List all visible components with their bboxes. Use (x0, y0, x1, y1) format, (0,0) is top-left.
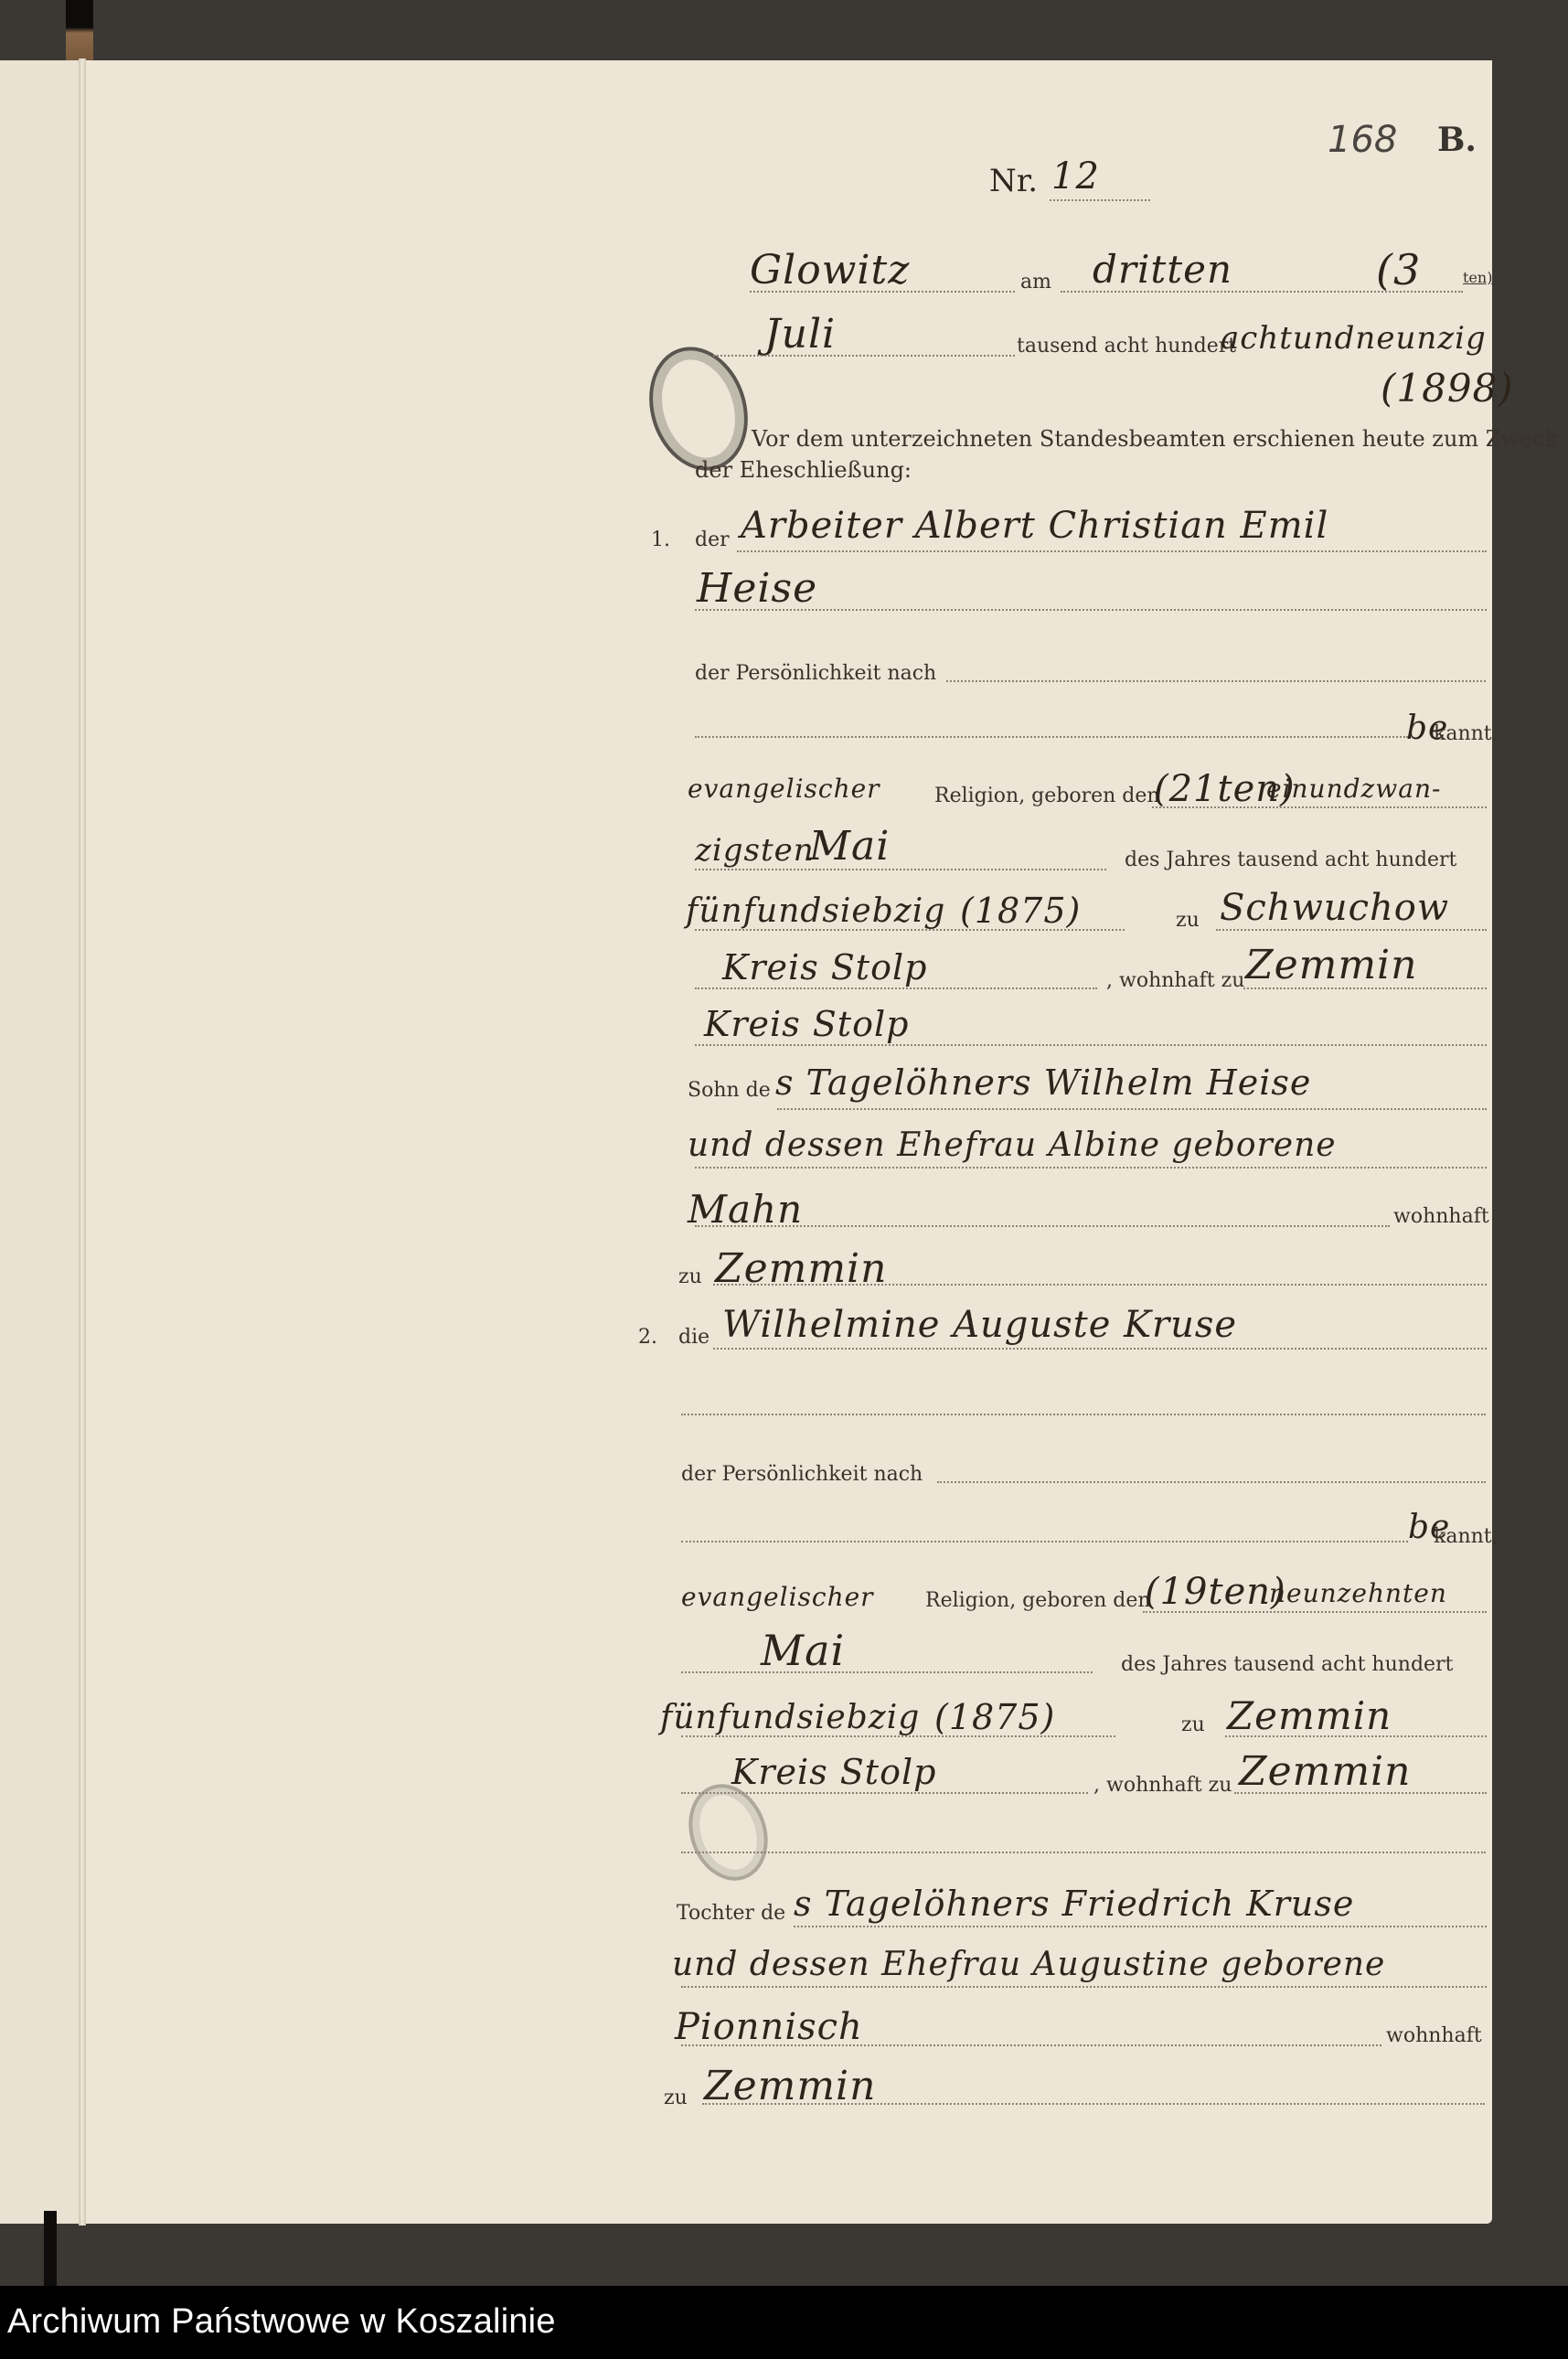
party2-residence-line-2 (681, 1852, 1486, 1853)
party2-birth-year-line (681, 1735, 1115, 1737)
party1-surname-line (695, 609, 1487, 611)
party2-index: 2. (638, 1326, 657, 1349)
party2-residence-label: , wohnhaft zu (1093, 1774, 1232, 1797)
party1-birth-year-word: fünfundsiebzig (686, 892, 945, 930)
place-name: Glowitz (750, 247, 910, 294)
party2-article: die (678, 1326, 709, 1349)
party1-birth-year-number: (1875) (960, 891, 1081, 931)
day-word: dritten (1093, 247, 1232, 292)
archive-caption: Archiwum Państwowe w Koszalinie (7, 2302, 556, 2342)
party2-mother-maiden: Pionnisch (675, 2006, 863, 2048)
party2-birth-district: Kreis Stolp (731, 1752, 936, 1792)
party2-religion: evangelischer (681, 1582, 874, 1612)
party2-birth-day-word: neunzehnten (1269, 1578, 1447, 1608)
party2-zu-label: zu (1181, 1713, 1205, 1736)
party1-birth-district: Kreis Stolp (722, 947, 927, 987)
party2-parents-residence-line (702, 2103, 1485, 2105)
party1-mother-line-dots (695, 1167, 1487, 1169)
party2-residence-line (1234, 1792, 1487, 1794)
party2-parent-label: Tochter de (677, 1902, 785, 1925)
folio-number: 168 (1328, 119, 1397, 161)
party1-residence-district-line (695, 1044, 1487, 1046)
party2-identity-line (937, 1481, 1486, 1483)
party2-name-line (713, 1348, 1487, 1350)
month: Juli (764, 311, 836, 358)
party1-article: der (695, 528, 730, 551)
party1-occupation-name: Arbeiter Albert Christian Emil (741, 505, 1328, 547)
party1-birth-district-line (695, 987, 1097, 989)
party2-residence: Zemmin (1239, 1748, 1411, 1795)
party1-birth-day-word-a: einundzwan- (1266, 774, 1441, 804)
party2-year-label: des Jahres tausend acht hundert (1121, 1653, 1453, 1676)
party2-name: Wilhelmine Auguste Kruse (722, 1304, 1237, 1346)
party1-religion: evangelischer (688, 774, 880, 804)
party2-birth-month: Mai (761, 1626, 845, 1675)
record-label: Nr. (989, 163, 1038, 199)
party1-zu-label: zu (1176, 909, 1200, 932)
party1-birth-place: Schwuchow (1220, 887, 1449, 929)
party2-name-line-2 (681, 1414, 1486, 1415)
year-number: (1898) (1381, 366, 1514, 411)
party2-mother-maiden-line (681, 2044, 1381, 2046)
archive-caption-bar: Archiwum Państwowe w Koszalinie (0, 2286, 1568, 2359)
party1-father: s Tagelöhners Wilhelm Heise (775, 1062, 1311, 1103)
party2-birth-district-line (681, 1792, 1088, 1794)
party1-surname: Heise (697, 565, 817, 612)
am-label: am (1020, 271, 1051, 294)
party2-mother-line: und dessen Ehefrau Augustine geborene (672, 1946, 1385, 1983)
day-number: (3 (1376, 245, 1421, 294)
party1-residence-line (1243, 987, 1487, 989)
book-spine-tab (66, 0, 93, 60)
party2-father-line (794, 1926, 1487, 1927)
party2-birth-year-word: fünfundsiebzig (660, 1699, 920, 1736)
party2-known-print: kannt, (1434, 1525, 1499, 1548)
intro-line-2: der Eheschließung: (695, 457, 912, 483)
party1-birth-place-line (1216, 929, 1487, 931)
party1-birth-year-line (695, 929, 1125, 931)
party2-parents-residence-label: wohnhaft (1386, 2024, 1482, 2047)
party2-religion-label: Religion, geboren den (925, 1589, 1151, 1612)
party1-index: 1. (651, 528, 670, 551)
party1-year-label: des Jahres tausend acht hundert (1125, 849, 1456, 871)
party2-birth-year-number: (1875) (934, 1697, 1055, 1737)
party2-birth-month-line (681, 1671, 1093, 1673)
year-printed: tausend acht hundert (1017, 335, 1236, 358)
party2-mother-line-dots (681, 1986, 1487, 1988)
book-spine-bottom (44, 2211, 57, 2286)
party2-parents-zu: zu (664, 2087, 688, 2109)
party1-father-line (777, 1108, 1487, 1110)
party2-known-line (681, 1541, 1408, 1542)
party2-birth-day-line (1143, 1611, 1487, 1613)
year-word: achtundneunzig (1221, 320, 1487, 357)
intro-line-1: Vor dem unterzeichneten Standesbeamten e… (752, 426, 1558, 452)
page-gutter (79, 59, 86, 2226)
party1-identity-label: der Persönlichkeit nach (695, 662, 936, 685)
party2-identity-label: der Persönlichkeit nach (681, 1463, 923, 1486)
section-letter: B. (1437, 121, 1477, 159)
left-page (0, 60, 79, 2224)
party1-identity-line (946, 680, 1486, 682)
party1-birth-month-line (695, 869, 1106, 870)
party1-parents-zu: zu (678, 1265, 702, 1288)
party2-birth-place-line (1225, 1735, 1487, 1737)
party1-residence-label: , wohnhaft zu (1106, 969, 1244, 992)
record-number: 12 (1051, 155, 1100, 197)
party1-residence: Zemmin (1245, 942, 1417, 988)
record-number-line (1050, 199, 1150, 201)
party1-residence-district: Kreis Stolp (704, 1004, 909, 1044)
party2-birth-place: Zemmin (1227, 1693, 1392, 1738)
party1-mother-maiden-line (695, 1225, 1390, 1227)
party1-name-line (737, 550, 1487, 552)
party1-mother-line: und dessen Ehefrau Albine geborene (688, 1126, 1337, 1164)
party1-religion-label: Religion, geboren den (934, 785, 1160, 807)
party1-birth-day-line (1152, 806, 1487, 808)
party2-birth-day-number: (19ten) (1145, 1571, 1286, 1613)
party2-father: s Tagelöhners Friedrich Kruse (794, 1884, 1354, 1924)
party1-birth-day-word-b: zigsten (695, 832, 815, 869)
party1-known-print: kannt, (1434, 722, 1499, 745)
place-line (750, 291, 1015, 293)
party1-parents-residence-label: wohnhaft (1393, 1205, 1489, 1228)
day-suffix: ten) (1463, 269, 1492, 286)
party1-known-line (695, 736, 1408, 738)
party1-parents-residence-line (713, 1284, 1487, 1286)
party1-parent-label: Sohn de (688, 1079, 771, 1102)
month-line (713, 355, 1015, 357)
party1-birth-month: Mai (809, 823, 890, 870)
